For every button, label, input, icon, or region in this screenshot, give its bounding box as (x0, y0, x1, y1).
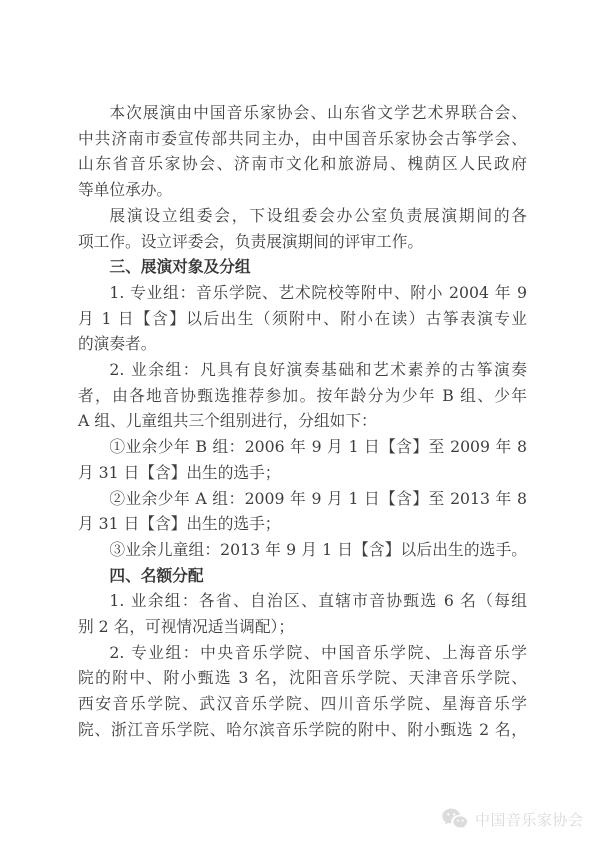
document-body: 本次展演由中国音乐家协会、山东省文学艺术界联合会、中共济南市委宣传部共同主办，由… (78, 100, 527, 743)
text-line: 等单位承办。 (78, 177, 527, 203)
text-line: ①业余少年 B 组：2006 年 9 月 1 日【含】至 2009 年 8 (78, 434, 527, 460)
document-page: 本次展演由中国音乐家协会、山东省文学艺术界联合会、中共济南市委宣传部共同主办，由… (0, 0, 600, 848)
text-line: 中共济南市委宣传部共同主办，由中国音乐家协会古筝学会、 (78, 126, 527, 152)
text-line: 院的附中、附小甄选 3 名，沈阳音乐学院、天津音乐学院、 (78, 665, 527, 691)
text-line: 月 31 日【含】出生的选手； (78, 511, 527, 537)
text-line: 展演设立组委会，下设组委会办公室负责展演期间的各 (78, 203, 527, 229)
text-line: 的演奏者。 (78, 331, 527, 357)
section-heading: 三、展演对象及分组 (78, 254, 527, 280)
text-line: ③业余儿童组：2013 年 9 月 1 日【含】以后出生的选手。 (78, 537, 527, 563)
watermark-label: 中国音乐家协会 (475, 809, 584, 830)
text-line: 月 1 日【含】以后出生（须附中、附小在读）古筝表演专业 (78, 306, 527, 332)
text-line: 院、浙江音乐学院、哈尔滨音乐学院的附中、附小甄选 2 名， (78, 717, 527, 743)
text-line: 别 2 名，可视情况适当调配）； (78, 614, 527, 640)
text-line: 西安音乐学院、武汉音乐学院、四川音乐学院、星海音乐学 (78, 691, 527, 717)
text-line: ②业余少年 A 组：2009 年 9 月 1 日【含】至 2013 年 8 (78, 486, 527, 512)
text-line: 者，由各地音协甄选推荐参加。按年龄分为少年 B 组、少年 (78, 383, 527, 409)
wechat-watermark: 中国音乐家协会 (441, 806, 584, 832)
text-line: 本次展演由中国音乐家协会、山东省文学艺术界联合会、 (78, 100, 527, 126)
text-line: 1. 业余组：各省、自治区、直辖市音协甄选 6 名（每组 (78, 588, 527, 614)
section-heading: 四、名额分配 (78, 563, 527, 589)
text-line: 1. 专业组：音乐学院、艺术院校等附中、附小 2004 年 9 (78, 280, 527, 306)
text-line: 2. 业余组：凡具有良好演奏基础和艺术素养的古筝演奏 (78, 357, 527, 383)
wechat-logo-icon (441, 807, 469, 831)
text-line: 山东省音乐家协会、济南市文化和旅游局、槐荫区人民政府 (78, 151, 527, 177)
text-line: A 组、儿童组共三个组别进行，分组如下： (78, 408, 527, 434)
text-line: 月 31 日【含】出生的选手； (78, 460, 527, 486)
text-line: 项工作。设立评委会，负责展演期间的评审工作。 (78, 229, 527, 255)
text-line: 2. 专业组：中央音乐学院、中国音乐学院、上海音乐学 (78, 640, 527, 666)
